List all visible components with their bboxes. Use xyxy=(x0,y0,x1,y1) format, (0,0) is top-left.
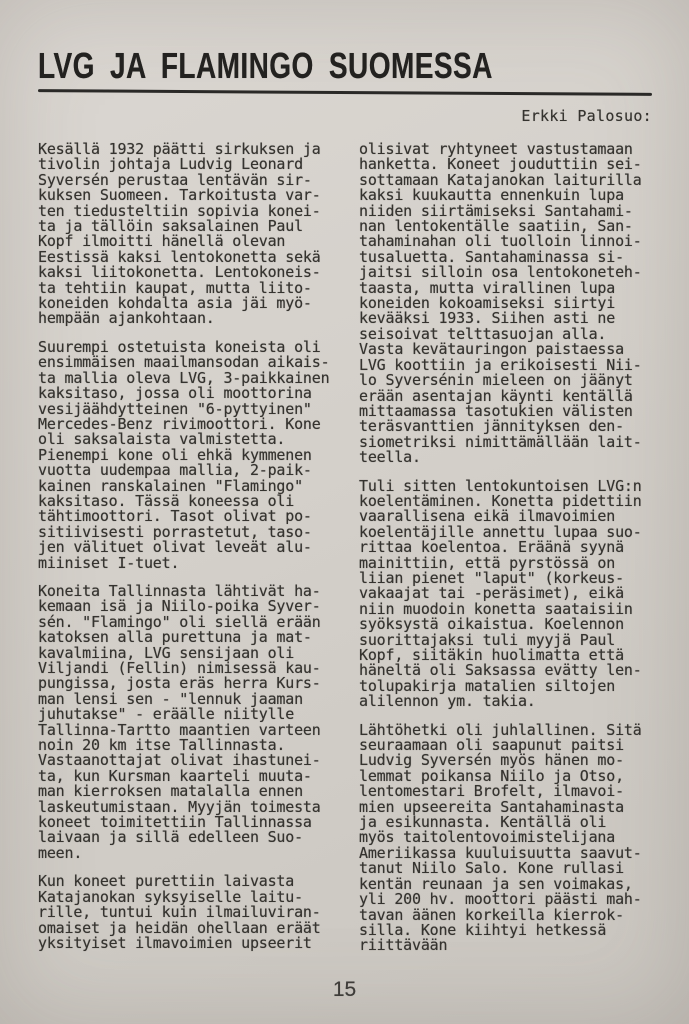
page-title: LVG JA FLAMINGO SUOMESSA xyxy=(38,46,524,86)
title-underline xyxy=(38,89,652,96)
paragraph: Lähtöhetki oli juhlallinen. Sitä seuraam… xyxy=(359,723,661,954)
paragraph: olisivat ryhtyneet vastustamaan hanketta… xyxy=(359,142,661,466)
right-column: olisivat ryhtyneet vastustamaan hanketta… xyxy=(359,142,661,967)
byline: Erkki Palosuo: xyxy=(38,107,652,125)
paragraph: Kesällä 1932 päätti sirkuksen ja tivolin… xyxy=(38,142,340,327)
paragraph: Tuli sitten lentokuntoisen LVG:n koelent… xyxy=(359,479,661,710)
left-column: Kesällä 1932 päätti sirkuksen ja tivolin… xyxy=(38,142,340,967)
paragraph: Kun koneet purettiin laivasta Katajanoka… xyxy=(38,874,340,951)
scanned-page: LVG JA FLAMINGO SUOMESSA Erkki Palosuo: … xyxy=(0,0,689,1024)
paragraph: Koneita Tallinnasta lähtivät ha- kemaan … xyxy=(38,584,340,861)
article-body: Kesällä 1932 päätti sirkuksen ja tivolin… xyxy=(38,142,661,967)
page-number: 15 xyxy=(0,978,689,1002)
paragraph: Suurempi ostetuista koneista oli ensimmä… xyxy=(38,340,340,571)
